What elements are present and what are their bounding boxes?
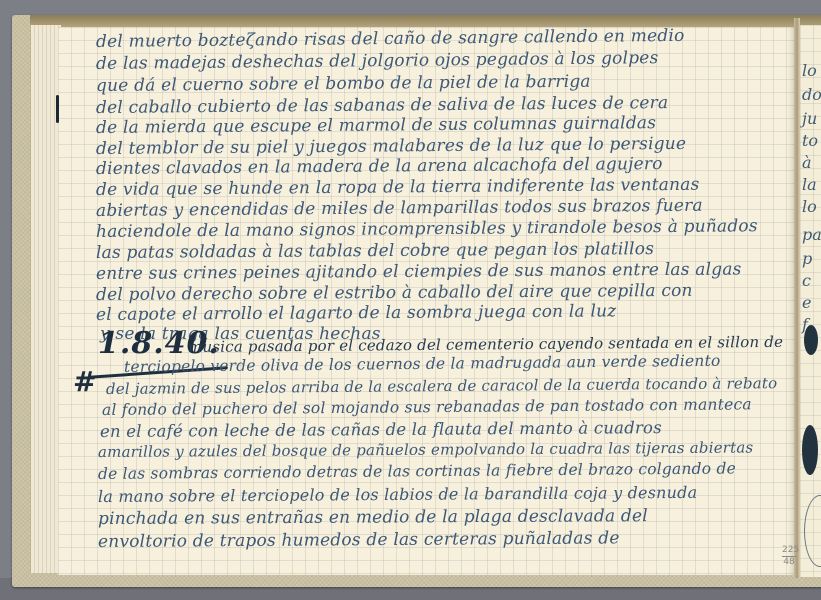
manuscript-line: las patas soldadas à las tablas del cobr… <box>96 239 654 263</box>
ink-blot <box>802 425 818 475</box>
facing-page-fragment: pa <box>802 225 821 244</box>
ink-blot <box>804 325 818 355</box>
facing-page-fragment: e <box>802 293 811 312</box>
facing-page-fragment: la <box>802 175 817 194</box>
facing-page-fragment: lo <box>802 197 817 216</box>
page-number-top: 225 <box>782 545 799 555</box>
facing-page-fragment: à <box>802 153 812 172</box>
margin-hash-mark: # <box>73 360 99 404</box>
facing-page-fragment: do <box>802 85 821 104</box>
pencil-circle-sketch <box>804 495 821 567</box>
facing-page-fragment: c <box>802 271 811 290</box>
facing-page: lo do ju to à la lo pa p c e f <box>800 25 821 577</box>
facing-page-fragment: p <box>802 249 812 268</box>
facing-page-fragment: to <box>802 131 818 150</box>
facing-page-fragment: lo <box>802 61 817 80</box>
margin-ink-mark <box>56 95 59 123</box>
facing-page-fragment: ju <box>802 109 817 128</box>
page-number: 225 48 <box>782 545 796 568</box>
manuscript-line: el capote el arrollo el lagarto de la so… <box>96 301 617 325</box>
manuscript-line: en el café con leche de las cañas de la … <box>100 418 662 441</box>
manuscript-line: pinchada en sus entrañas en medio de la … <box>98 506 648 529</box>
manuscript-line: envoltorio de trapos humedos de las cert… <box>98 528 620 552</box>
page-number-bottom: 48 <box>782 556 796 568</box>
